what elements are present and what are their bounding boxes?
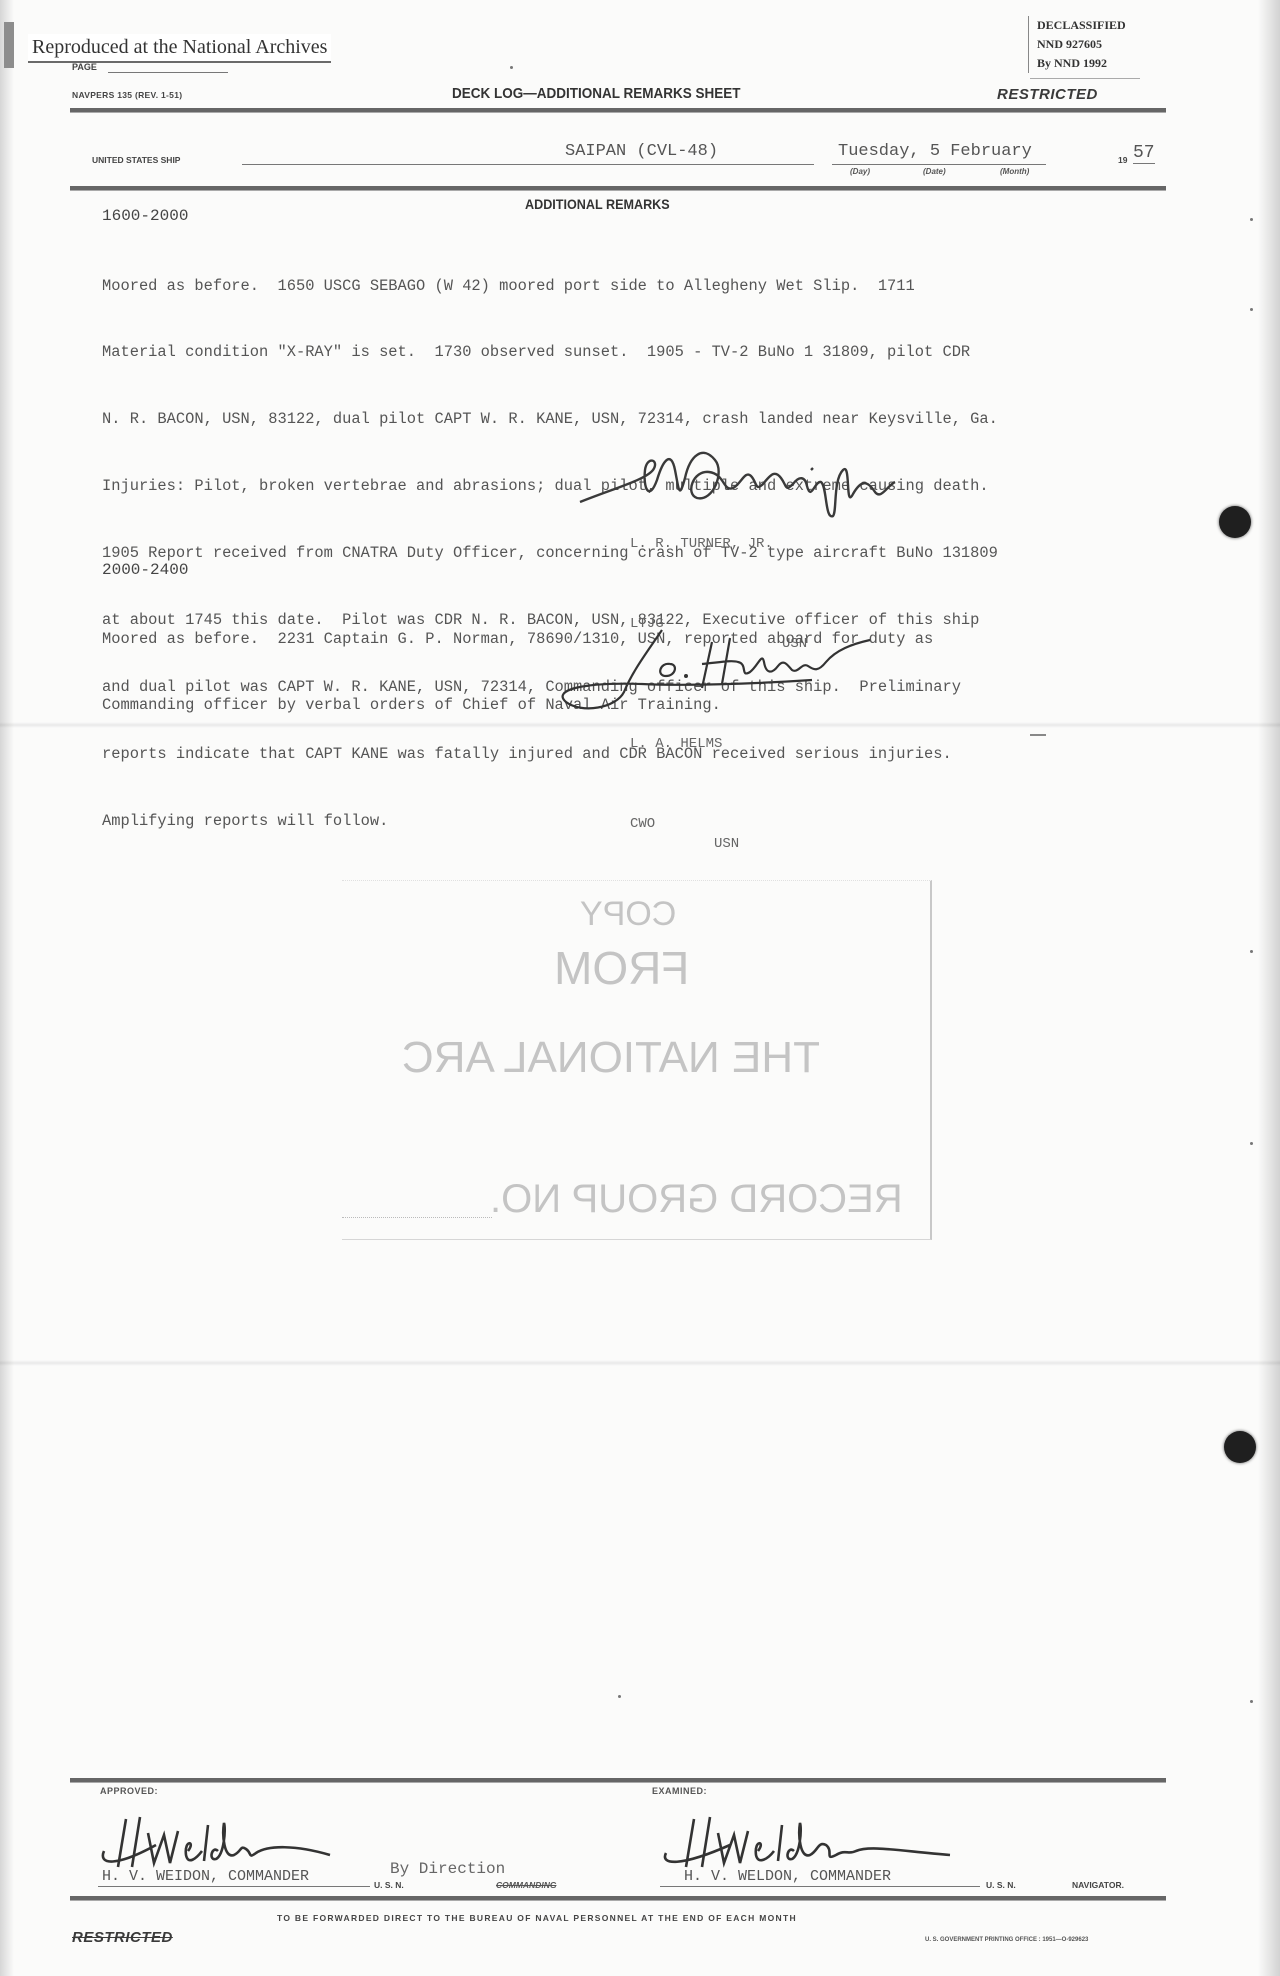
approved-service: U. S. N.: [374, 1880, 404, 1890]
remarks-heading: ADDITIONAL REMARKS: [525, 196, 670, 212]
log-year: 57: [1133, 143, 1155, 164]
struck-title: COMMANDING: [496, 1880, 556, 1890]
signer-rank: CWO: [630, 814, 655, 834]
archives-banner: Reproduced at the National Archives: [28, 34, 331, 63]
signature-weldon-examined: [660, 1815, 980, 1875]
log-line: Material condition "X-RAY" is set. 1730 …: [102, 341, 1182, 363]
ship-name: SAIPAN (CVL-48): [565, 142, 718, 161]
speck: [510, 66, 513, 69]
log-date: Tuesday, 5 February: [838, 142, 1032, 161]
speck: [1250, 1142, 1253, 1145]
examined-service: U. S. N.: [986, 1880, 1016, 1890]
watch-time-2000-2400: 2000-2400: [102, 561, 188, 579]
speck: [1250, 218, 1253, 221]
signature-weldon-approved: [96, 1815, 346, 1875]
declassification-stamp: DECLASSIFIED NND 927605 By NND 1992: [1028, 16, 1126, 73]
speck: [1250, 950, 1253, 953]
divider: [70, 1896, 1166, 1901]
divider: [70, 1778, 1166, 1783]
approved-name: H. V. WEIDON, COMMANDER: [102, 1868, 309, 1885]
examined-title: NAVIGATOR.: [1072, 1880, 1124, 1890]
nnd-number: NND 927605: [1037, 35, 1126, 54]
forwarding-instruction: TO BE FORWARDED DIRECT TO THE BUREAU OF …: [277, 1913, 797, 1923]
archive-stamp: COPY FROM THE NATIONAL ARCHIVES RECORD G…: [342, 880, 932, 1240]
divider: [70, 108, 1166, 113]
log-line: N. R. BACON, USN, 83122, dual pilot CAPT…: [102, 408, 1182, 430]
approved-signature-line: [98, 1886, 370, 1887]
punch-hole: [1224, 1431, 1256, 1463]
form-id: NAVPERS 135 (REV. 1-51): [72, 90, 182, 100]
stamp-line-archives: THE NATIONAL ARCHIVES: [400, 1033, 820, 1083]
stamp-line-record-group: RECORD GROUP NO.: [490, 1177, 903, 1222]
divider: [1030, 78, 1140, 79]
signer-name: L. A. HELMS: [630, 734, 722, 754]
speck: [1250, 308, 1253, 311]
date-field-line: [832, 164, 1046, 165]
speck: [1250, 1700, 1253, 1703]
year-prefix: 19: [1118, 155, 1127, 165]
approved-label: APPROVED:: [100, 1786, 158, 1796]
page-number-field: [108, 72, 228, 73]
ship-field-line: [242, 164, 814, 165]
printing-office-imprint: U. S. GOVERNMENT PRINTING OFFICE : 1951—…: [925, 1937, 1088, 1943]
page-label: PAGE: [72, 62, 97, 72]
speck: [618, 1695, 621, 1698]
date-sub-label-day: (Day): [850, 167, 870, 176]
stamp-line-copy: COPY: [580, 895, 676, 934]
stamp-line-from: FROM: [554, 941, 689, 995]
declassified-by: By NND 1992: [1037, 54, 1126, 73]
date-sub-label-month: (Month): [1000, 167, 1029, 176]
examined-name: H. V. WELDON, COMMANDER: [684, 1868, 891, 1885]
ship-label: UNITED STATES SHIP: [92, 155, 180, 165]
divider: [70, 186, 1166, 191]
classification-marking-bottom: RESTRICTED: [72, 1929, 173, 1946]
signer-name: L. R. TURNER, JR.: [630, 534, 773, 554]
sheet-title: DECK LOG—ADDITIONAL REMARKS SHEET: [452, 85, 741, 102]
declassified-line: DECLASSIFIED: [1037, 16, 1126, 35]
classification-marking: RESTRICTED: [997, 86, 1098, 103]
page-edge-shadow-left: [0, 0, 14, 1976]
log-line: Moored as before. 1650 USCG SEBAGO (W 42…: [102, 275, 1182, 297]
date-sub-label-date: (Date): [923, 167, 946, 176]
page-edge-shadow-right: [1258, 0, 1280, 1976]
by-direction-note: By Direction: [390, 1860, 505, 1878]
signer-block-helms: L. A. HELMS CWO USN: [630, 694, 722, 834]
record-group-line: [342, 1217, 492, 1218]
examined-label: EXAMINED:: [652, 1786, 707, 1796]
watch-time-1600-2000: 1600-2000: [102, 207, 188, 225]
examined-signature-line: [660, 1886, 980, 1887]
mark: [1030, 734, 1046, 736]
punch-hole: [1219, 506, 1251, 538]
paper-fold: [0, 1360, 1280, 1366]
signer-service: USN: [714, 834, 739, 854]
archives-tab-mark: [4, 22, 14, 68]
